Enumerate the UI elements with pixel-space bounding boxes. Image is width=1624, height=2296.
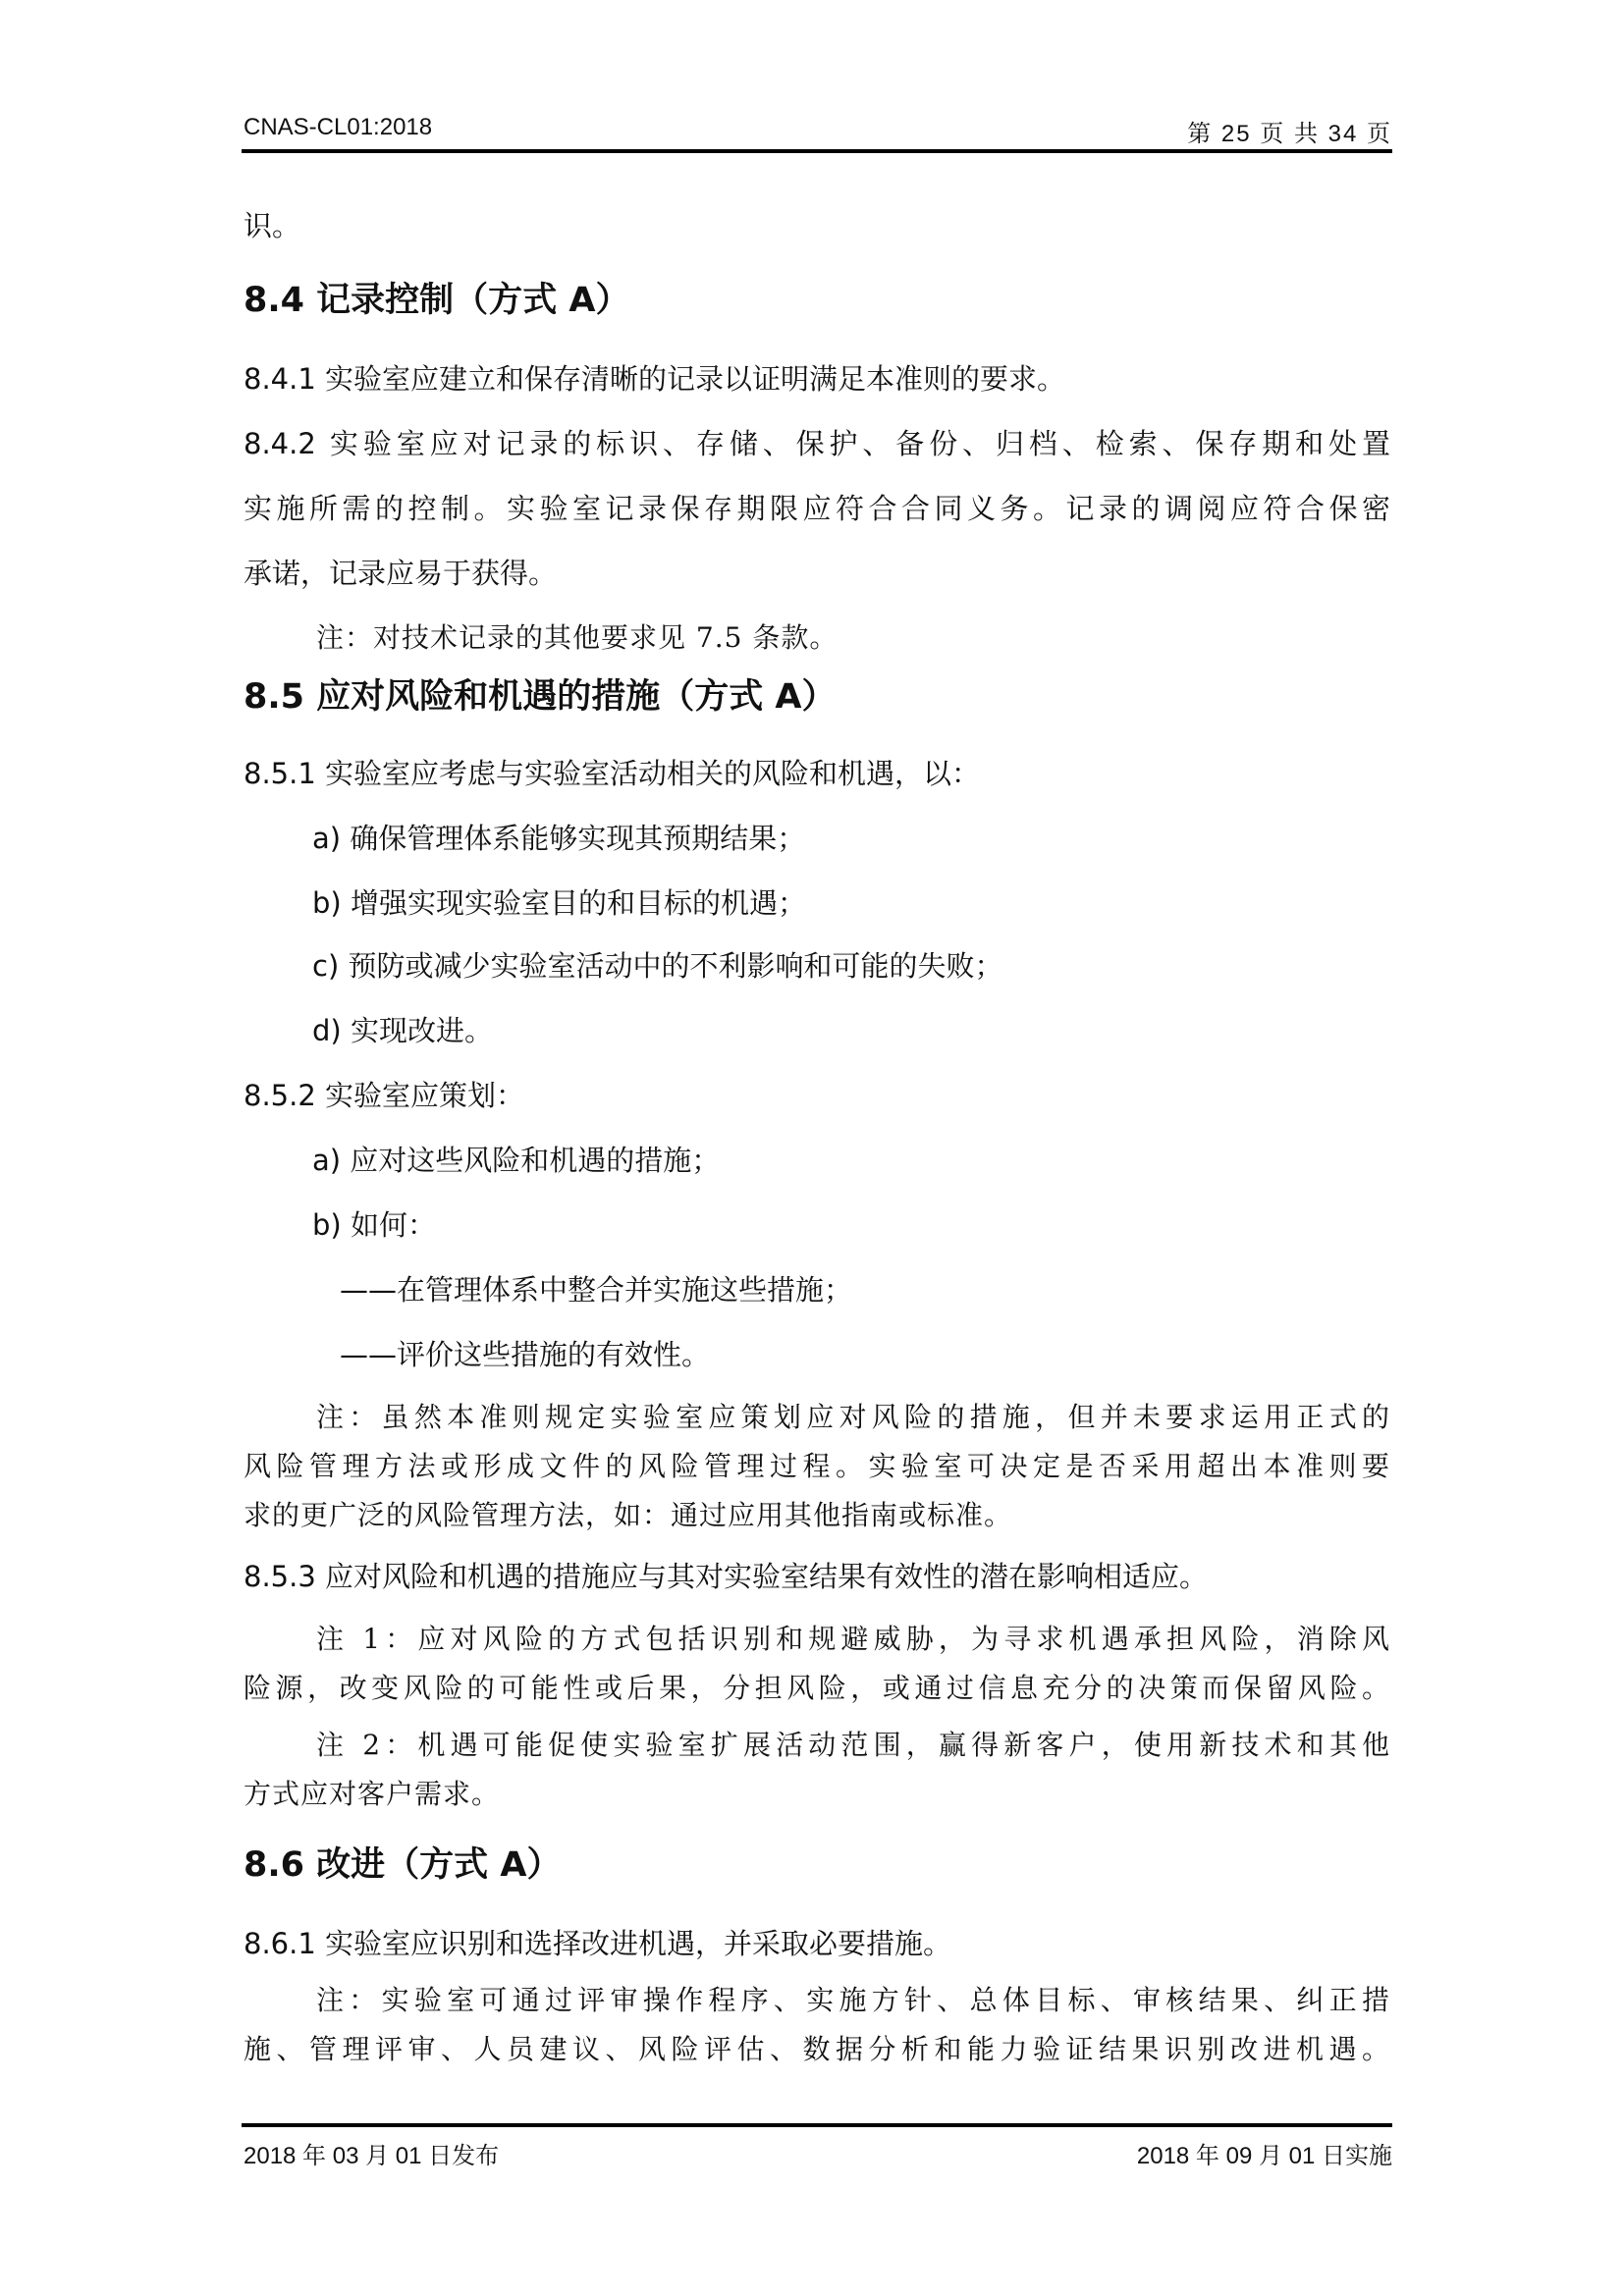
list-item-8-5-2-b: b) 如何： [312,1205,436,1245]
note-8-4-2: 注：对技术记录的其他要求见 7.5 条款。 [316,618,838,658]
sub-item-evaluate: ——评价这些措施的有效性。 [340,1335,710,1374]
note1-8-5-3-line2: 险源，改变风险的可能性或后果，分担风险，或通过信息充分的决策而保留风险。 [244,1669,1390,1708]
sub-item-integrate: ——在管理体系中整合并实施这些措施； [340,1270,852,1309]
clause-8-5-2: 8.5.2 实验室应策划： [244,1076,524,1115]
document-code: CNAS-CL01:2018 [244,114,432,141]
note-8-5-2-line3: 求的更广泛的风险管理方法，如：通过应用其他指南或标准。 [244,1496,1012,1535]
page-indicator: 第 25 页 共 34 页 [1187,114,1392,148]
publish-date: 2018 年 03 月 01 日发布 [244,2136,499,2170]
effective-date: 2018 年 09 月 01 日实施 [1137,2136,1392,2170]
note-8-5-2-line1: 注：虽然本准则规定实验室应策划应对风险的措施，但并未要求运用正式的 [316,1398,1390,1437]
header-divider [242,149,1392,153]
note1-8-5-3-line1: 注 1：应对风险的方式包括识别和规避威胁，为寻求机遇承担风险，消除风 [316,1620,1390,1659]
section-heading-8-5: 8.5 应对风险和机遇的措施（方式 A） [244,677,836,717]
note-8-5-2-line2: 风险管理方法或形成文件的风险管理过程。实验室可决定是否采用超出本准则要 [244,1447,1390,1486]
clause-8-4-2-line2: 实施所需的控制。实验室记录保存期限应符合合同义务。记录的调阅应符合保密 [244,489,1390,528]
clause-8-4-1: 8.4.1 实验室应建立和保存清晰的记录以证明满足本准则的要求。 [244,359,1065,399]
list-item-8-5-1-a: a) 确保管理体系能够实现其预期结果； [312,819,805,858]
note2-8-5-3-line2: 方式应对客户需求。 [244,1775,500,1814]
section-heading-8-4: 8.4 记录控制（方式 A） [244,281,629,320]
note2-8-5-3-line1: 注 2：机遇可能促使实验室扩展活动范围，赢得新客户，使用新技术和其他 [316,1726,1390,1765]
clause-8-5-3: 8.5.3 应对风险和机遇的措施应与其对实验室结果有效性的潜在影响相适应。 [244,1557,1208,1596]
list-item-8-5-1-d: d) 实现改进。 [312,1011,493,1050]
footer-divider [242,2123,1392,2127]
list-item-8-5-2-a: a) 应对这些风险和机遇的措施； [312,1141,720,1180]
clause-8-4-2-line3: 承诺，记录应易于获得。 [244,554,557,593]
clause-8-6-1: 8.6.1 实验室应识别和选择改进机遇，并采取必要措施。 [244,1924,951,1963]
list-item-8-5-1-c: c) 预防或减少实验室活动中的不利影响和可能的失败； [312,946,1002,986]
continuation-text: 识。 [244,206,300,245]
clause-8-5-1: 8.5.1 实验室应考虑与实验室活动相关的风险和机遇，以： [244,754,980,793]
note-8-6-1-line2: 施、管理评审、人员建议、风险评估、数据分析和能力验证结果识别改进机遇。 [244,2030,1390,2069]
note-8-6-1-line1: 注：实验室可通过评审操作程序、实施方针、总体目标、审核结果、纠正措 [316,1981,1390,2020]
section-heading-8-6: 8.6 改进（方式 A） [244,1845,561,1885]
clause-8-4-2-line1: 8.4.2 实验室应对记录的标识、存储、保护、备份、归档、检索、保存期和处置 [244,424,1390,463]
list-item-8-5-1-b: b) 增强实现实验室目的和目标的机遇； [312,883,806,923]
